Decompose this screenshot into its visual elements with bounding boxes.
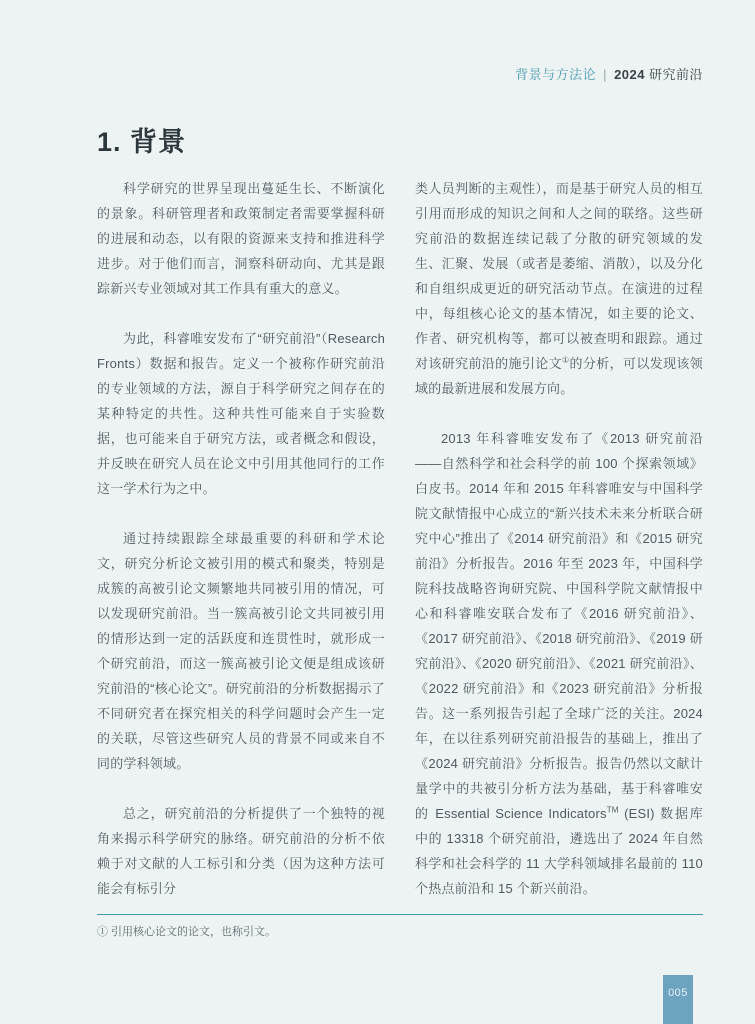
trademark-superscript: TM xyxy=(607,806,619,815)
header-report-title: 研究前沿 xyxy=(649,67,703,82)
page-number: 005 xyxy=(668,987,688,999)
paragraph-text: 类人员判断的主观性），而是基于研究人员的相互引用而形成的知识之间和人之间的联络。… xyxy=(415,181,703,371)
left-column: 科学研究的世界呈现出蔓延生长、不断演化的景象。科研管理者和政策制定者需要掌握科研… xyxy=(97,176,385,901)
paragraph-report-history: 2013 年科睿唯安发布了《2013 研究前沿——自然科学和社会科学的前 100… xyxy=(415,426,703,901)
footnote-reference-marker[interactable]: ① xyxy=(562,356,570,365)
page-header: 背景与方法论|2024研究前沿 xyxy=(515,64,703,83)
paragraph-research-fronts-definition: 为此，科睿唯安发布了“研究前沿”（Research Fronts）数据和报告。定… xyxy=(97,326,385,501)
paragraph-summary-start: 总之，研究前沿的分析提供了一个独特的视角来揭示科学研究的脉络。研究前沿的分析不依… xyxy=(97,801,385,901)
paragraph-text: 2013 年科睿唯安发布了《2013 研究前沿——自然科学和社会科学的前 100… xyxy=(415,431,703,821)
footnote-text: ① 引用核心论文的论文，也称引文。 xyxy=(97,922,703,942)
paragraph-core-papers: 通过持续跟踪全球最重要的科研和学术论文，研究分析论文被引用的模式和聚类，特别是成… xyxy=(97,526,385,776)
header-divider: | xyxy=(603,67,607,82)
right-column: 类人员判断的主观性），而是基于研究人员的相互引用而形成的知识之间和人之间的联络。… xyxy=(415,176,703,901)
header-report-year: 2024 xyxy=(614,67,645,82)
paragraph-summary-continued: 类人员判断的主观性），而是基于研究人员的相互引用而形成的知识之间和人之间的联络。… xyxy=(415,176,703,401)
section-title: 1. 背景 xyxy=(97,120,186,159)
paragraph-intro: 科学研究的世界呈现出蔓延生长、不断演化的景象。科研管理者和政策制定者需要掌握科研… xyxy=(97,176,385,301)
body-columns: 科学研究的世界呈现出蔓延生长、不断演化的景象。科研管理者和政策制定者需要掌握科研… xyxy=(97,176,703,901)
footnote-divider-line xyxy=(97,914,703,915)
page-number-badge: 005 xyxy=(663,975,693,1024)
document-page: 背景与方法论|2024研究前沿 1. 背景 科学研究的世界呈现出蔓延生长、不断演… xyxy=(0,0,755,1024)
header-section-label: 背景与方法论 xyxy=(515,67,596,82)
